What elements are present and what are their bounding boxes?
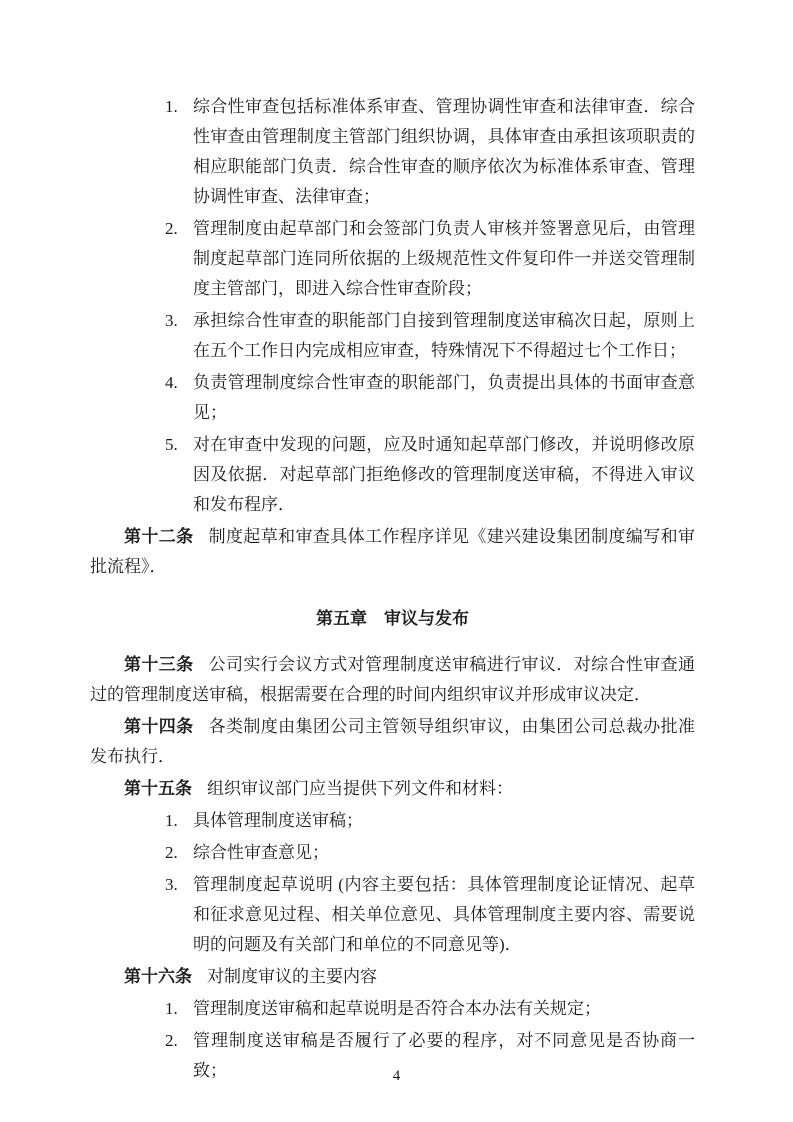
list-item: 3. 承担综合性审查的职能部门自接到管理制度送审稿次日起，原则上在五个工作日内完… bbox=[90, 306, 695, 366]
list-item-number: 1. bbox=[165, 92, 193, 212]
list-item-number: 2. bbox=[165, 214, 193, 304]
list-item: 1. 综合性审查包括标准体系审查、管理协调性审查和法律审查．综合性审查由管理制度… bbox=[90, 92, 695, 212]
document-page: 1. 综合性审查包括标准体系审查、管理协调性审查和法律审查．综合性审查由管理制度… bbox=[0, 0, 793, 1122]
article-12-paragraph: 第十二条制度起草和审查具体工作程序详见《建兴建设集团制度编写和审批流程》． bbox=[90, 522, 695, 582]
document-content: 1. 综合性审查包括标准体系审查、管理协调性审查和法律审查．综合性审查由管理制度… bbox=[0, 0, 793, 1086]
list-item-number: 5. bbox=[165, 430, 193, 520]
article-14-paragraph: 第十四条各类制度由集团公司主管领导组织审议，由集团公司总裁办批准发布执行． bbox=[90, 712, 695, 772]
article-15-text: 组织审议部门应当提供下列文件和材料： bbox=[207, 779, 513, 798]
list-item-text: 管理制度起草说明 (内容主要包括：具体管理制度论证情况、起草和征求意见过程、相关… bbox=[193, 870, 695, 960]
list-item: 2. 综合性审查意见； bbox=[90, 838, 695, 868]
list-item: 4. 负责管理制度综合性审查的职能部门，负责提出具体的书面审查意见； bbox=[90, 368, 695, 428]
list-item-number: 1. bbox=[165, 806, 193, 836]
list-item-text: 对在审查中发现的问题，应及时通知起草部门修改，并说明修改原因及依据．对起草部门拒… bbox=[193, 430, 695, 520]
article-16-paragraph: 第十六条对制度审议的主要内容 bbox=[90, 962, 695, 992]
list-item-text: 具体管理制度送审稿； bbox=[193, 806, 695, 836]
list-item-number: 4. bbox=[165, 368, 193, 428]
list-item-text: 管理制度由起草部门和会签部门负责人审核并签署意见后，由管理制度起草部门连同所依据… bbox=[193, 214, 695, 304]
list-item-text: 承担综合性审查的职能部门自接到管理制度送审稿次日起，原则上在五个工作日内完成相应… bbox=[193, 306, 695, 366]
list-item-number: 3. bbox=[165, 306, 193, 366]
materials-list: 1. 具体管理制度送审稿； 2. 综合性审查意见； 3. 管理制度起草说明 (内… bbox=[90, 806, 695, 960]
chapter-title: 审议与发布 bbox=[384, 609, 469, 628]
list-item: 1. 管理制度送审稿和起草说明是否符合本办法有关规定； bbox=[90, 994, 695, 1024]
chapter-5-heading: 第五章审议与发布 bbox=[90, 604, 695, 634]
review-procedure-list: 1. 综合性审查包括标准体系审查、管理协调性审查和法律审查．综合性审查由管理制度… bbox=[90, 92, 695, 520]
list-item-number: 2. bbox=[165, 838, 193, 868]
list-item: 1. 具体管理制度送审稿； bbox=[90, 806, 695, 836]
list-item-text: 综合性审查包括标准体系审查、管理协调性审查和法律审查．综合性审查由管理制度主管部… bbox=[193, 92, 695, 212]
article-13-paragraph: 第十三条公司实行会议方式对管理制度送审稿进行审议．对综合性审查通过的管理制度送审… bbox=[90, 650, 695, 710]
list-item-number: 1. bbox=[165, 994, 193, 1024]
list-item-number: 3. bbox=[165, 870, 193, 960]
article-15-label: 第十五条 bbox=[124, 779, 192, 798]
article-16-label: 第十六条 bbox=[124, 967, 192, 986]
chapter-number: 第五章 bbox=[316, 609, 367, 628]
list-item-text: 综合性审查意见； bbox=[193, 838, 695, 868]
article-14-label: 第十四条 bbox=[124, 717, 194, 736]
article-15-paragraph: 第十五条组织审议部门应当提供下列文件和材料： bbox=[90, 774, 695, 804]
page-number: 4 bbox=[0, 1066, 793, 1086]
article-13-label: 第十三条 bbox=[124, 655, 194, 674]
article-12-label: 第十二条 bbox=[124, 527, 194, 546]
list-item: 3. 管理制度起草说明 (内容主要包括：具体管理制度论证情况、起草和征求意见过程… bbox=[90, 870, 695, 960]
list-item-text: 负责管理制度综合性审查的职能部门，负责提出具体的书面审查意见； bbox=[193, 368, 695, 428]
article-16-text: 对制度审议的主要内容 bbox=[207, 967, 377, 986]
list-item: 5. 对在审查中发现的问题，应及时通知起草部门修改，并说明修改原因及依据．对起草… bbox=[90, 430, 695, 520]
list-item-text: 管理制度送审稿和起草说明是否符合本办法有关规定； bbox=[193, 994, 695, 1024]
list-item: 2. 管理制度由起草部门和会签部门负责人审核并签署意见后，由管理制度起草部门连同… bbox=[90, 214, 695, 304]
